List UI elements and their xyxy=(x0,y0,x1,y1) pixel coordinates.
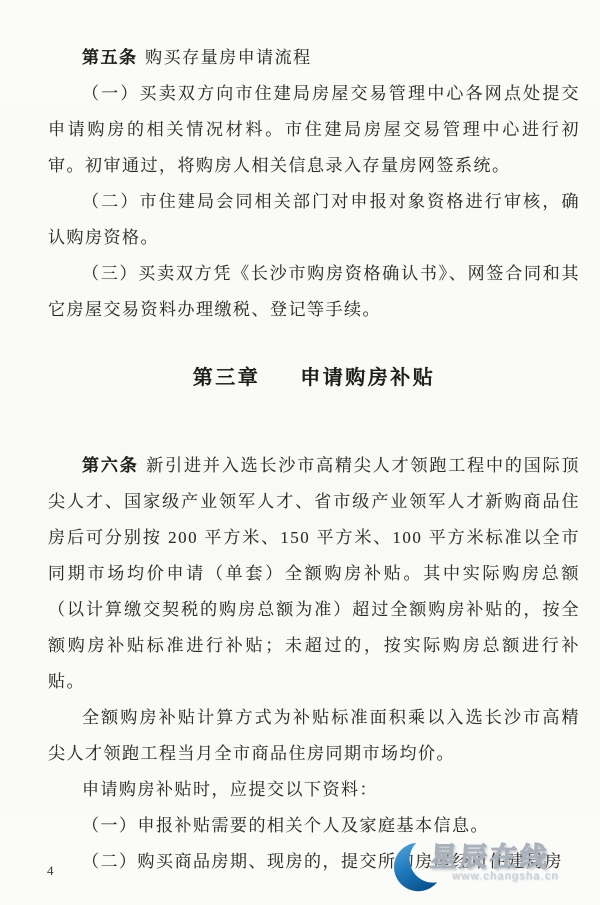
paragraph: （一）买卖双方向市住建局房屋交易管理中心各网点处提交申请购房的相关情况材料。市住… xyxy=(48,76,580,184)
paragraph: （二）市住建局会同相关部门对申报对象资格进行审核，确认购房资格。 xyxy=(48,184,580,256)
document-body: 第五条购买存量房申请流程（一）买卖双方向市住建局房屋交易管理中心各网点处提交申请… xyxy=(48,0,580,880)
paragraph: 第六条新引进并入选长沙市高精尖人才领跑工程中的国际顶尖人才、国家级产业领军人才、… xyxy=(48,448,580,700)
article-number: 第六条 xyxy=(82,456,139,475)
chapter-title: 申请购房补贴 xyxy=(300,367,435,389)
paragraph: 第五条购买存量房申请流程 xyxy=(48,40,580,76)
chapter-heading: 第三章申请购房补贴 xyxy=(48,360,580,396)
paragraph: 全额购房补贴计算方式为补贴标准面积乘以入选长沙市高精尖人才领跑工程当月全市商品住… xyxy=(48,700,580,772)
paragraph: 申请购房补贴时，应提交以下资料： xyxy=(48,772,580,808)
watermark-url: www.changsha.cn xyxy=(452,870,560,882)
chapter-number: 第三章 xyxy=(193,367,261,389)
article-number: 第五条 xyxy=(82,48,138,67)
watermark-name: 星辰在线 xyxy=(429,835,552,874)
watermark: 星辰在线 www.changsha.cn xyxy=(394,831,594,903)
paragraph: （三）买卖双方凭《长沙市购房资格确认书》、网签合同和其它房屋交易资料办理缴税、登… xyxy=(48,256,580,328)
document-page: 第五条购买存量房申请流程（一）买卖双方向市住建局房屋交易管理中心各网点处提交申请… xyxy=(0,0,600,905)
page-number: 4 xyxy=(47,863,54,879)
